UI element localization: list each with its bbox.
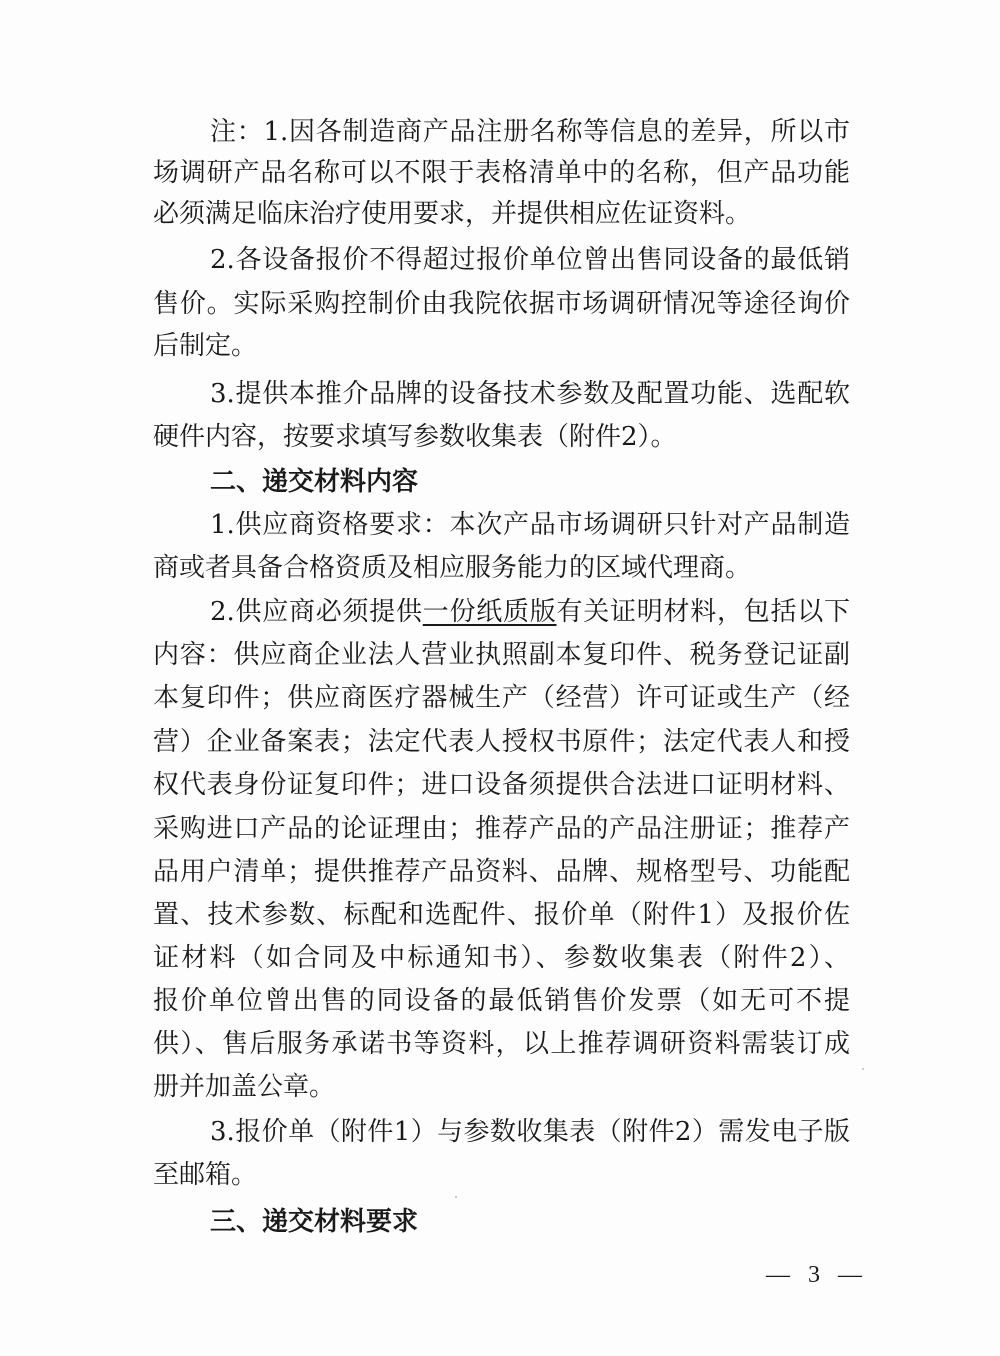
item-2-line-12: 册并加盖公章。 [153,1067,850,1107]
note-3-line-1: 3.提供本推介品牌的设备技术参数及配置功能、选配软 [210,374,850,414]
note-1-line-1: 注：1.因各制造商产品注册名称等信息的差异，所以市 [210,112,850,152]
item-2-prefix: 2.供应商必须提供 [210,597,423,627]
scan-speck [862,1068,864,1070]
item-2-suffix: 有关证明材料，包括以下 [557,597,850,627]
item-2-line-3: 本复印件；供应商医疗器械生产（经营）许可证或生产（经 [153,678,850,718]
section-3-heading: 三、递交材料要求 [210,1202,418,1242]
note-3-line-2: 硬件内容，按要求填写参数收集表（附件2）。 [153,417,850,457]
item-2-line-1: 2.供应商必须提供一份纸质版有关证明材料，包括以下 [210,592,850,632]
note-2-line-2: 售价。实际采购控制价由我院依据市场调研情况等途径询价 [153,284,850,324]
item-2-line-8: 置、技术参数、标配和选配件、报价单（附件1）及报价佐 [153,895,850,935]
note-1-line-2: 场调研产品名称可以不限于表格清单中的名称，但产品功能 [153,153,850,193]
item-2-line-6: 采购进口产品的论证理由；推荐产品的产品注册证；推荐产 [153,809,850,849]
item-2-line-11: 供）、售后服务承诺书等资料，以上推荐调研资料需装订成 [153,1024,850,1064]
scan-speck [455,1196,457,1198]
paper-copy-underlined: 一份纸质版 [423,597,557,627]
item-2-line-10: 报价单位曾出售的同设备的最低销售价发票（如无可不提 [153,981,850,1021]
item-2-line-4: 营）企业备案表；法定代表人授权书原件；法定代表人和授 [153,722,850,762]
item-1-line-2: 商或者具备合格资质及相应服务能力的区域代理商。 [153,548,850,588]
note-2-line-3: 后制定。 [153,326,850,366]
item-2-line-5: 权代表身份证复印件；进口设备须提供合法进口证明材料、 [153,765,850,805]
item-1-line-1: 1.供应商资格要求：本次产品市场调研只针对产品制造 [210,505,850,545]
item-3-line-2: 至邮箱。 [153,1155,850,1195]
item-2-line-9: 证材料（如合同及中标通知书）、参数收集表（附件2）、 [153,938,850,978]
page-number: — 3 — [766,1262,868,1289]
item-2-line-7: 品用户清单；提供推荐产品资料、品牌、规格型号、功能配 [153,852,850,892]
note-1-line-3: 必须满足临床治疗使用要求，并提供相应佐证资料。 [153,194,850,234]
item-2-line-2: 内容：供应商企业法人营业执照副本复印件、税务登记证副 [153,635,850,675]
item-3-line-1: 3.报价单（附件1）与参数收集表（附件2）需发电子版 [210,1112,850,1152]
note-2-line-1: 2.各设备报价不得超过报价单位曾出售同设备的最低销 [210,240,850,280]
section-2-heading: 二、递交材料内容 [210,462,418,502]
